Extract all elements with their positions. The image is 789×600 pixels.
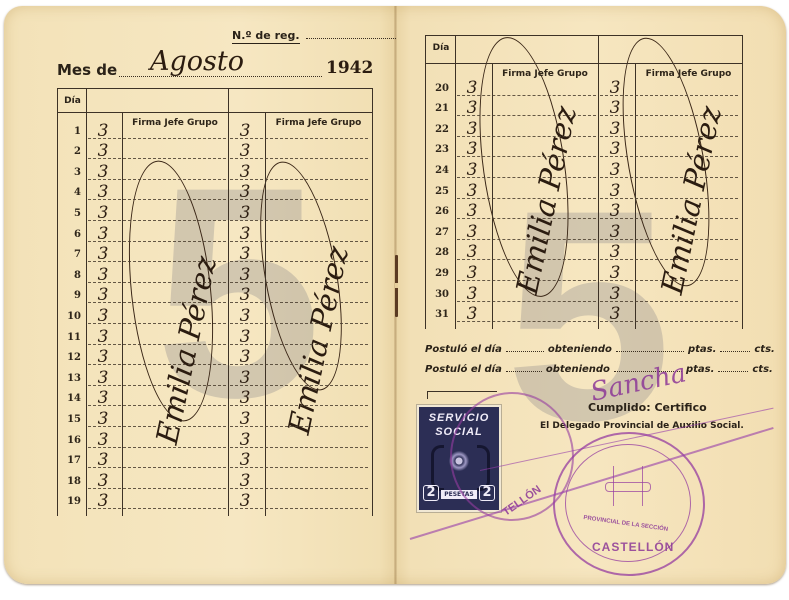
header-divider: [57, 112, 86, 113]
attendance-mark[interactable]: 3: [460, 224, 484, 240]
attendance-mark[interactable]: 3: [91, 205, 115, 221]
day-number: 10: [57, 311, 81, 322]
day-number: 27: [425, 227, 449, 238]
attendance-mark[interactable]: 3: [460, 203, 484, 219]
day-number: 3: [57, 167, 81, 178]
attendance-mark[interactable]: 3: [91, 411, 115, 427]
signature-column-header: Firma Jefe Grupo: [635, 69, 742, 79]
month-label: Mes de: [57, 61, 117, 79]
attendance-mark[interactable]: 3: [233, 246, 257, 262]
column-divider: [492, 63, 493, 329]
stamp-value-left: 2: [423, 485, 439, 501]
day-number: 7: [57, 249, 81, 260]
attendance-mark[interactable]: 3: [233, 287, 257, 303]
day-number: 4: [57, 187, 81, 198]
table-left-border: [425, 35, 426, 329]
attendance-mark[interactable]: 3: [233, 308, 257, 324]
header-divider: [86, 112, 372, 113]
table-right-border: [742, 35, 743, 329]
attendance-mark[interactable]: 3: [460, 244, 484, 260]
attendance-mark[interactable]: 3: [603, 244, 627, 260]
header-divider: [425, 63, 455, 64]
day-number: 26: [425, 206, 449, 217]
postulo-day-field[interactable]: [506, 371, 542, 372]
postulo-amount-field[interactable]: [616, 351, 684, 352]
attendance-mark[interactable]: 3: [91, 452, 115, 468]
attendance-mark[interactable]: 3: [603, 224, 627, 240]
column-divider: [455, 35, 456, 329]
day-number: 25: [425, 186, 449, 197]
attendance-mark[interactable]: 3: [233, 432, 257, 448]
signature-column-header: Firma Jefe Grupo: [122, 118, 228, 128]
attendance-mark[interactable]: 3: [233, 184, 257, 200]
attendance-mark[interactable]: 3: [603, 183, 627, 199]
attendance-mark[interactable]: 3: [460, 183, 484, 199]
attendance-mark[interactable]: 3: [233, 205, 257, 221]
column-divider: [228, 88, 229, 516]
attendance-mark[interactable]: 3: [233, 143, 257, 159]
registration-label: N.º de reg.: [232, 29, 396, 42]
registration-field[interactable]: [306, 38, 396, 39]
table-top-border: [425, 35, 742, 36]
day-number: 8: [57, 270, 81, 281]
day-number: 16: [57, 435, 81, 446]
day-number: 24: [425, 165, 449, 176]
signature-column-header: Firma Jefe Grupo: [265, 118, 372, 128]
attendance-mark[interactable]: 3: [460, 306, 484, 322]
postulo-line-2: Postuló el díaobteniendoptas.cts.: [425, 364, 773, 375]
attendance-mark[interactable]: 3: [91, 164, 115, 180]
attendance-mark[interactable]: 3: [603, 203, 627, 219]
attendance-mark[interactable]: 3: [233, 226, 257, 242]
attendance-mark[interactable]: 3: [603, 162, 627, 178]
day-number: 9: [57, 290, 81, 301]
attendance-mark[interactable]: 3: [91, 143, 115, 159]
staple: [395, 255, 398, 317]
day-column-header: Día: [60, 96, 85, 106]
column-divider: [598, 35, 599, 329]
attendance-mark[interactable]: 3: [233, 349, 257, 365]
attendance-mark[interactable]: 3: [91, 432, 115, 448]
day-number: 15: [57, 414, 81, 425]
attendance-mark[interactable]: 3: [233, 329, 257, 345]
attendance-mark[interactable]: 3: [91, 267, 115, 283]
postulo-cents-field[interactable]: [718, 371, 748, 372]
attendance-mark[interactable]: 3: [91, 246, 115, 262]
rubber-stamp-city: CASTELLÓN: [592, 540, 674, 554]
column-divider: [122, 112, 123, 516]
attendance-mark[interactable]: 3: [460, 162, 484, 178]
day-number: 23: [425, 144, 449, 155]
attendance-mark[interactable]: 3: [91, 370, 115, 386]
attendance-mark[interactable]: 3: [233, 493, 257, 509]
attendance-mark[interactable]: 3: [91, 493, 115, 509]
attendance-mark[interactable]: 3: [233, 164, 257, 180]
year-value[interactable]: 1942: [326, 58, 373, 78]
day-number: 31: [425, 309, 449, 320]
attendance-mark[interactable]: 3: [233, 123, 257, 139]
day-number: 19: [57, 496, 81, 507]
attendance-mark[interactable]: 3: [233, 411, 257, 427]
day-number: 30: [425, 289, 449, 300]
attendance-mark[interactable]: 3: [233, 267, 257, 283]
attendance-mark[interactable]: 3: [603, 100, 627, 116]
attendance-mark[interactable]: 3: [91, 473, 115, 489]
attendance-mark[interactable]: 3: [603, 306, 627, 322]
attendance-mark[interactable]: 3: [460, 121, 484, 137]
day-number: 14: [57, 393, 81, 404]
day-number: 29: [425, 268, 449, 279]
attendance-mark[interactable]: 3: [460, 80, 484, 96]
attendance-mark[interactable]: 3: [91, 287, 115, 303]
stamp-box-top: [427, 391, 497, 392]
yoke-icon: [605, 482, 651, 492]
day-number: 17: [57, 455, 81, 466]
attendance-mark[interactable]: 3: [91, 226, 115, 242]
table-top-border: [57, 88, 372, 89]
attendance-mark[interactable]: 3: [460, 141, 484, 157]
attendance-mark[interactable]: 3: [460, 286, 484, 302]
table-right-border: [372, 88, 373, 516]
day-number: 11: [57, 332, 81, 343]
day-number: 20: [425, 83, 449, 94]
column-divider: [86, 88, 87, 516]
signature-column-header: Firma Jefe Grupo: [492, 69, 598, 79]
attendance-mark[interactable]: 3: [603, 121, 627, 137]
month-value[interactable]: Agosto: [150, 46, 244, 77]
attendance-mark[interactable]: 3: [460, 265, 484, 281]
attendance-mark[interactable]: 3: [91, 123, 115, 139]
day-number: 13: [57, 373, 81, 384]
attendance-mark[interactable]: 3: [603, 141, 627, 157]
day-number: 22: [425, 124, 449, 135]
attendance-mark[interactable]: 3: [603, 286, 627, 302]
attendance-mark[interactable]: 3: [91, 308, 115, 324]
day-number: 18: [57, 476, 81, 487]
attendance-mark[interactable]: 3: [460, 100, 484, 116]
certify-signer: El Delegado Provincial de Auxilio Social…: [540, 421, 744, 431]
attendance-mark[interactable]: 3: [233, 452, 257, 468]
attendance-mark[interactable]: 3: [233, 390, 257, 406]
day-number: 12: [57, 352, 81, 363]
postulo-cents-field[interactable]: [720, 351, 750, 352]
attendance-mark[interactable]: 3: [233, 473, 257, 489]
attendance-mark[interactable]: 3: [91, 390, 115, 406]
day-number: 5: [57, 208, 81, 219]
attendance-mark[interactable]: 3: [603, 80, 627, 96]
day-column-header: Día: [428, 43, 454, 53]
attendance-mark[interactable]: 3: [233, 370, 257, 386]
attendance-mark[interactable]: 3: [91, 329, 115, 345]
attendance-mark[interactable]: 3: [603, 265, 627, 281]
day-number: 6: [57, 229, 81, 240]
column-divider: [635, 63, 636, 329]
attendance-mark[interactable]: 3: [91, 184, 115, 200]
day-number: 2: [57, 146, 81, 157]
day-number: 21: [425, 103, 449, 114]
postulo-line-1: Postuló el díaobteniendoptas.cts.: [425, 344, 775, 355]
postulo-day-field[interactable]: [506, 351, 544, 352]
attendance-mark[interactable]: 3: [91, 349, 115, 365]
stamp-box-left: [427, 391, 428, 399]
day-number: 28: [425, 247, 449, 258]
column-divider: [265, 112, 266, 516]
day-number: 1: [57, 126, 81, 137]
